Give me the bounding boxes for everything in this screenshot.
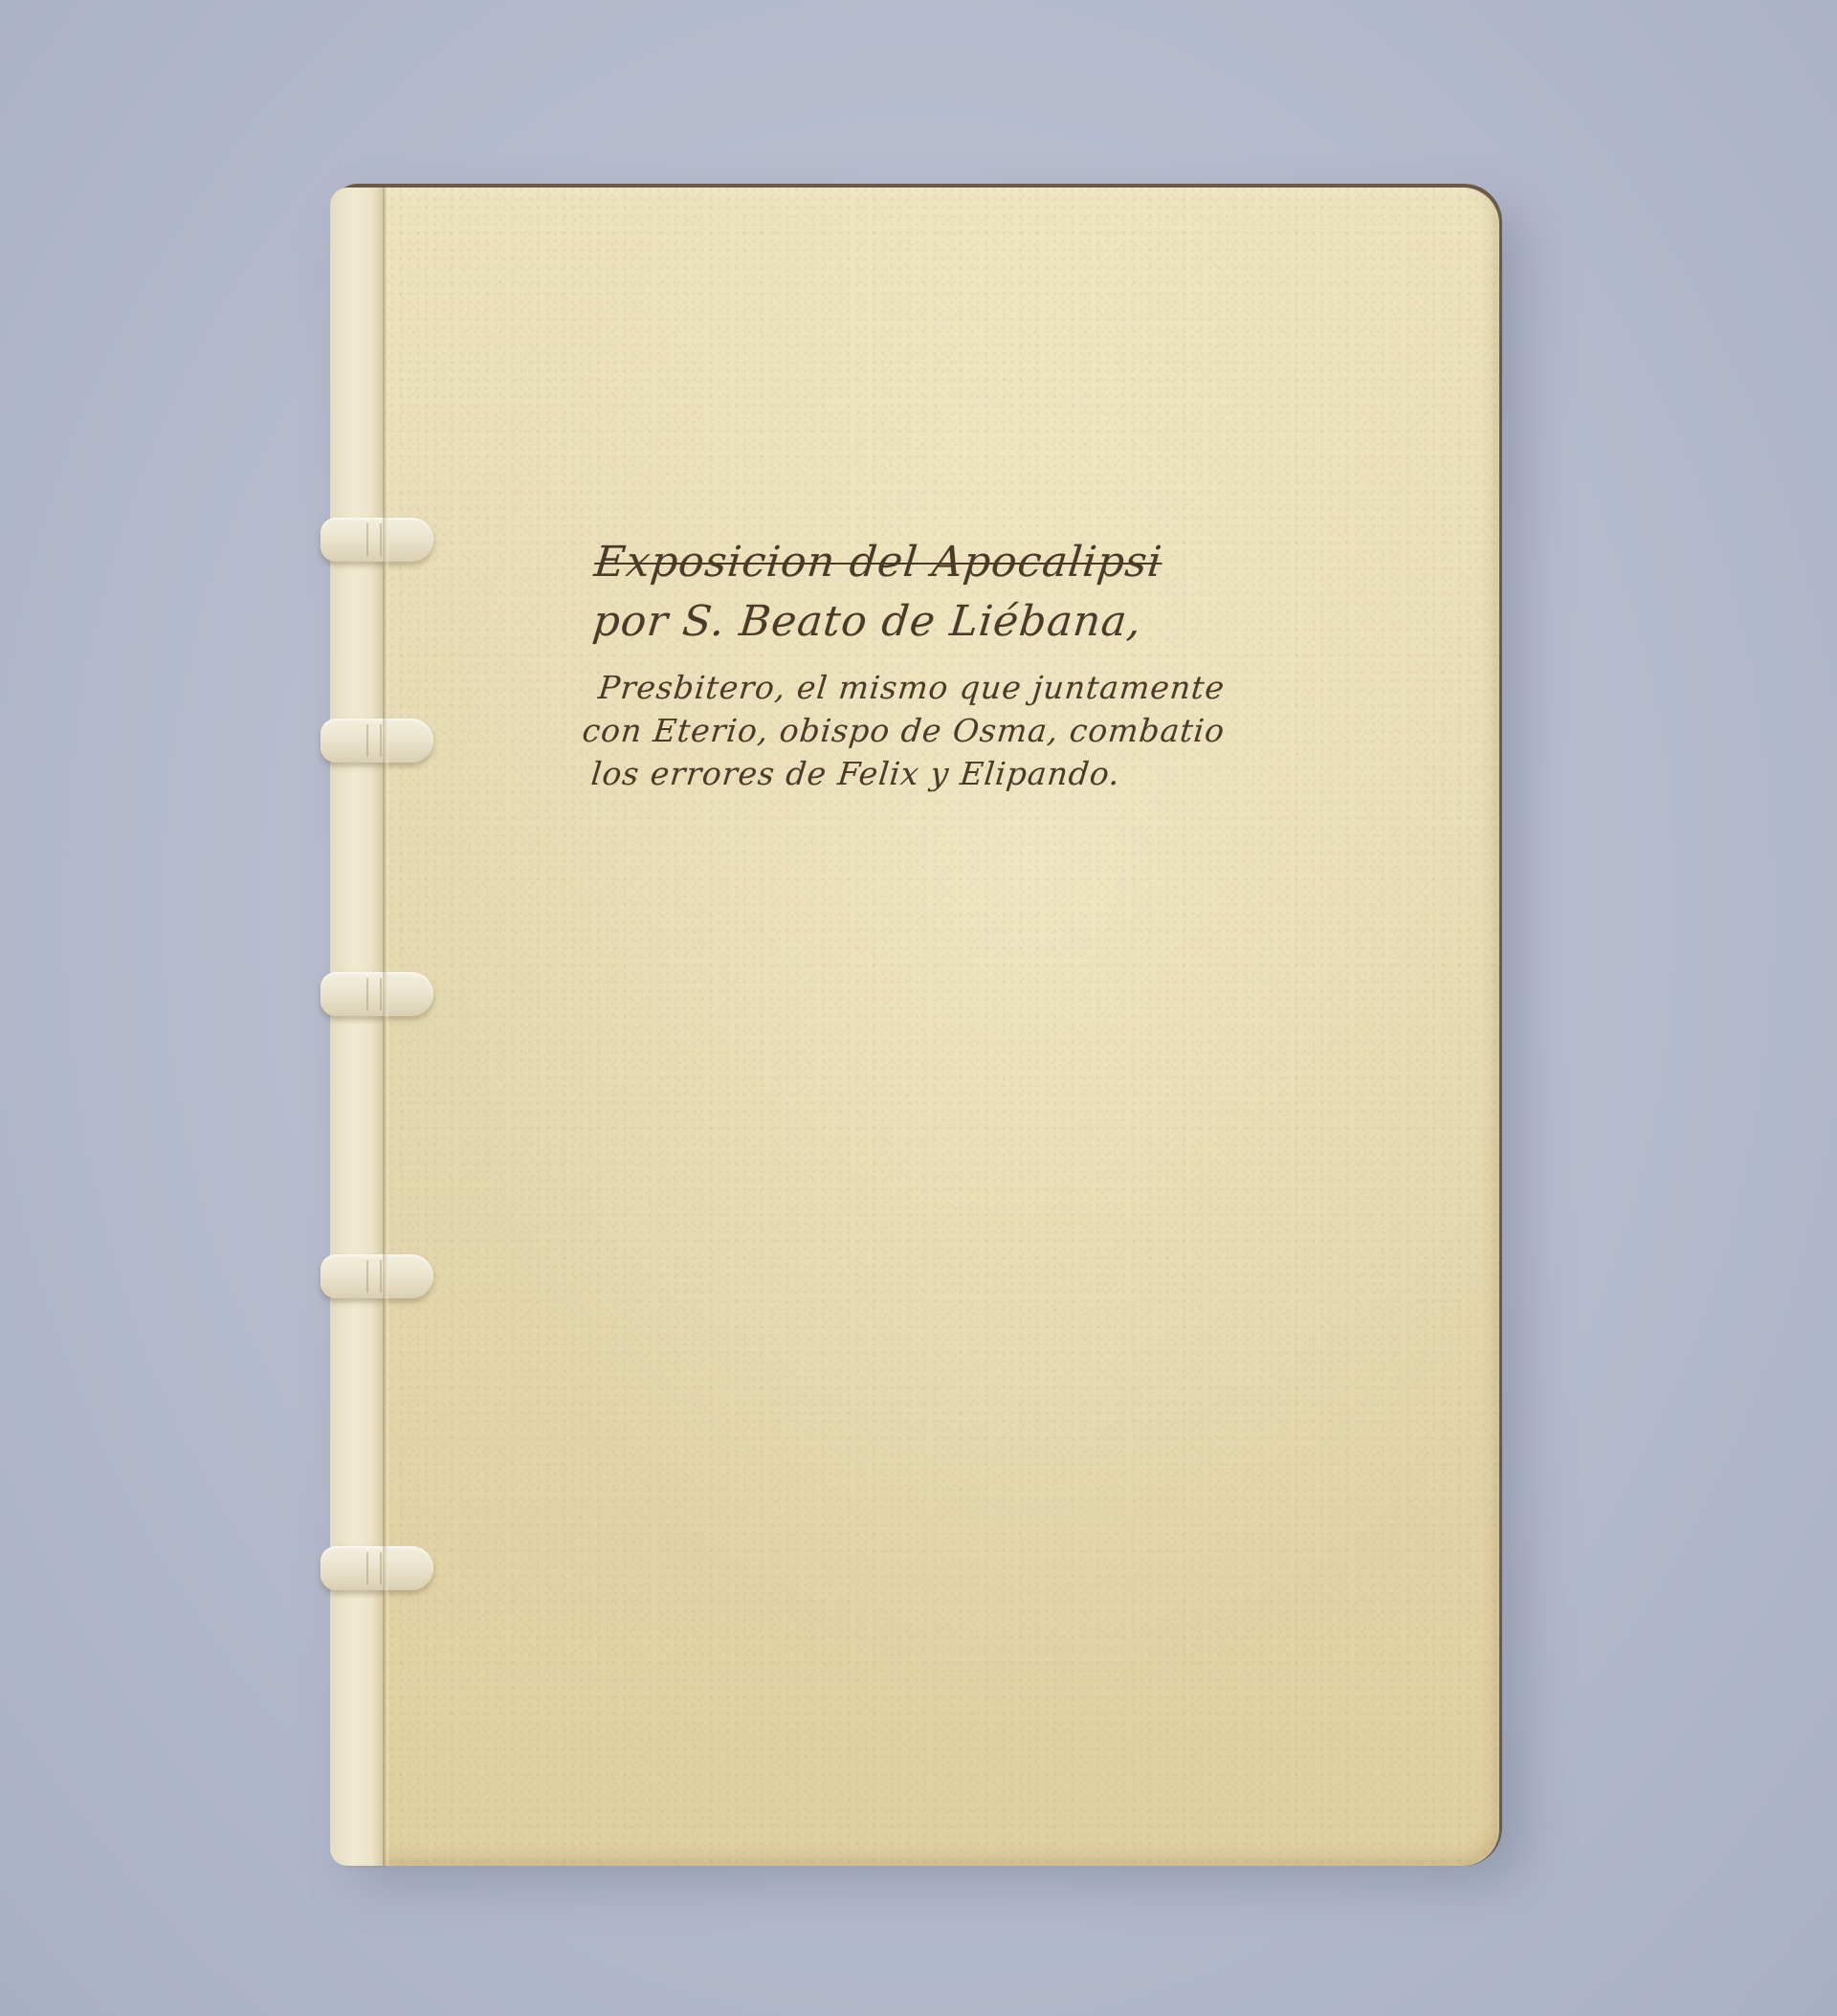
title-line-1: Exposicion del Apocalipsi [592,542,1458,584]
book-front-cover: Exposicion del Apocalipsi por S. Beato d… [330,188,1499,1866]
title-line-4: con Eterio, obispo de Osma, combatio [581,715,1439,746]
spine-raised-band [321,1254,433,1298]
spine-raised-band [321,719,433,763]
title-line-3: Presbitero, el mismo que juntamente [597,672,1444,703]
title-line-5: los errores de Felix y Elipando. [589,758,1434,789]
handwritten-title: Exposicion del Apocalipsi por S. Beato d… [570,542,1457,789]
spine-hinge [383,188,388,1866]
vellum-texture [330,188,1499,1866]
spine-raised-band [321,1546,433,1590]
title-line-2: por S. Beato de Liébana, [590,601,1451,643]
spine-raised-band [321,518,433,562]
spine-raised-band [321,972,433,1016]
book-spine [330,188,383,1866]
photo-scene: Exposicion del Apocalipsi por S. Beato d… [0,0,1837,2016]
